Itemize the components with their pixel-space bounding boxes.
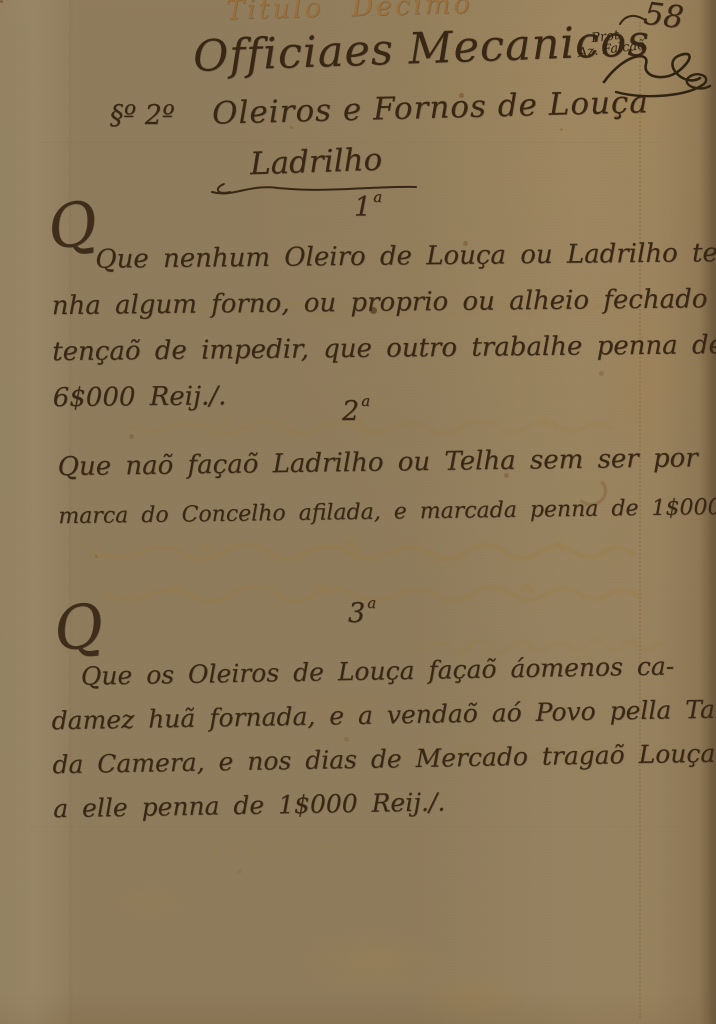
section-number-label: §º 2º	[110, 100, 175, 131]
article-1-marker: 1a	[354, 192, 380, 223]
text-line: marca do Concelho afilada, e marcada pen…	[58, 484, 665, 542]
text-line: Que nenhum Oleiro de Louça ou Ladrilho t…	[51, 231, 657, 283]
marker-number: 3	[348, 598, 365, 629]
text-line: tençaõ de impedir, que outro trabalhe pe…	[52, 323, 658, 375]
marker-superscript: a	[367, 594, 376, 612]
article-3-marker: 3a	[348, 598, 374, 629]
bleedthrough-writing	[78, 538, 638, 566]
text-line: a elle penna de 1$000 Reij./.	[53, 777, 660, 832]
manuscript-page: Titulo Decimo Officiaes Mecanicos 58 Pro…	[0, 0, 716, 1024]
folio-number: 58	[642, 0, 686, 36]
section-title: Oleiros e Fornos de Louça	[212, 84, 650, 131]
stain	[295, 925, 455, 1000]
ink-specks	[0, 0, 3, 3]
marker-number: 1	[354, 192, 371, 223]
stain	[112, 880, 187, 922]
text-line: nha algum forno, ou proprio ou alheio fe…	[52, 277, 658, 329]
marker-number: 2	[342, 396, 359, 427]
article-2-text: Que naõ façaõ Ladrilho ou Telha sem ser …	[57, 434, 664, 542]
subtitle-underline-flourish	[208, 180, 423, 198]
bleedthrough-writing	[110, 838, 410, 860]
article-1-text: Que nenhum Oleiro de Louça ou Ladrilho t…	[51, 231, 659, 421]
header-annotation: Titulo Decimo	[226, 0, 473, 26]
stain	[415, 968, 530, 1023]
section-subtitle: Ladrilho	[249, 142, 382, 183]
article-2-marker: 2a	[342, 396, 368, 427]
article-3-text: Que os Oleiros de Louça façaõ áomenos ca…	[51, 645, 660, 832]
ornamental-initial: Q	[51, 595, 107, 661]
folio-flourish	[618, 12, 648, 28]
marker-superscript: a	[361, 392, 370, 410]
marker-superscript: a	[373, 188, 382, 206]
text-line: Que naõ façaõ Ladrilho ou Telha sem ser …	[57, 434, 664, 492]
